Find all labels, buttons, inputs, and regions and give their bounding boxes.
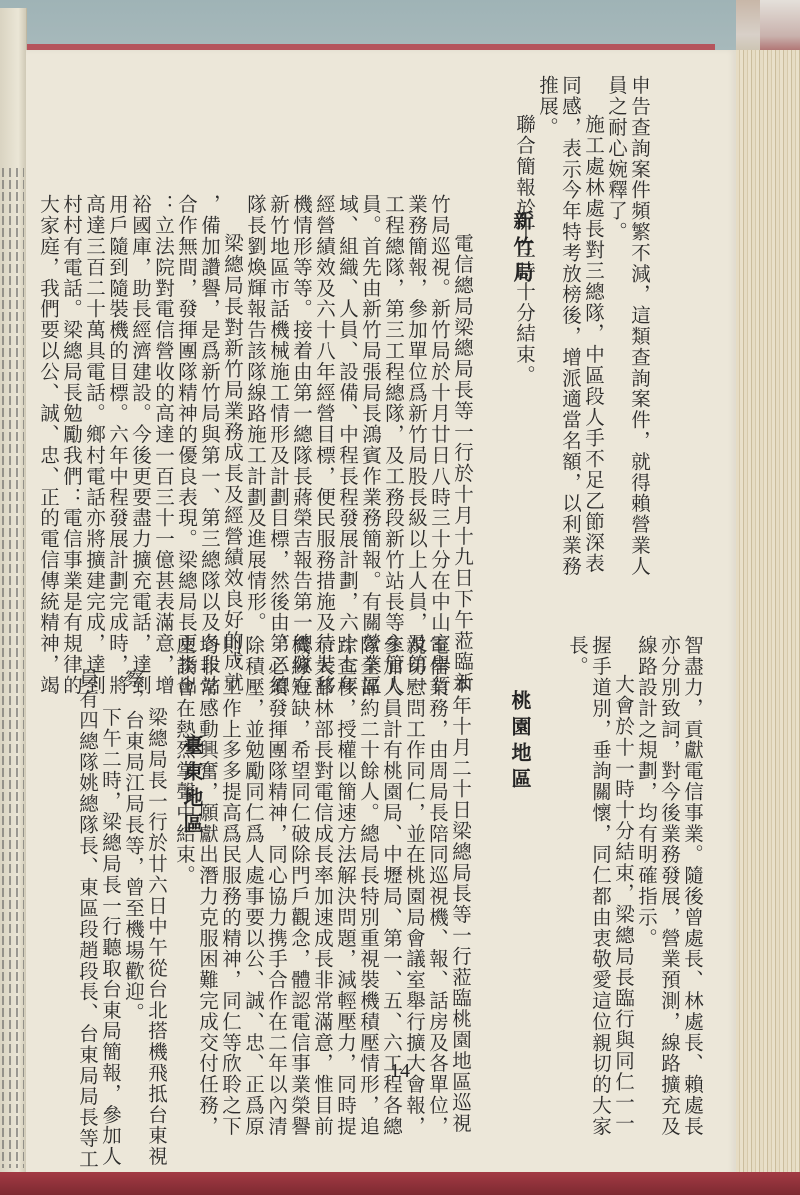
text-line: 亦分別致詞，對今後業務發展，營業預測，線路擴充及 <box>658 635 681 1137</box>
facing-page-edge <box>0 8 27 1178</box>
text-line: 合作無間，發揮團隊精神的優良表現。梁總局長更指出 <box>175 194 198 696</box>
text-line: 下午二時，梁總局長一行聽取台東局簡報，參加人 <box>99 668 122 1170</box>
text-line: 隊長劉煥輝報告該隊線路施工計劃及進展情形。 <box>244 194 267 696</box>
text-line: 梁總局長一行於廿六日中午從台北搭機飛抵台東視 <box>145 668 168 1170</box>
text-line: 除積壓，並勉勵同仁爲人處事要以公、誠、忠、正爲原 <box>242 635 265 1137</box>
taitung-section: 梁總局長一行於廿六日中午從台北搭機飛抵台東視 察，台東局江局長等，曾至機場歡迎。… <box>76 668 168 1170</box>
text-line: 推展。 <box>536 75 559 577</box>
text-line: 新竹地區市話機械施工情形及計劃目標，然後由第三總 <box>267 194 290 696</box>
text-line: 裕國庫，助長經濟建設。今後更要盡力擴充電話，達到 <box>129 194 152 696</box>
facing-page-text <box>2 168 24 1168</box>
text-line: 察，台東局江局長等，曾至機場歡迎。 <box>122 668 145 1170</box>
top-block: 申告查詢案件頻繁不減，這類查詢案件，就得賴營業人 員之耐心婉釋了。 施工處林處長… <box>513 75 651 577</box>
text-line: 大會於十一時十分結束，梁總局長臨行與同仁一一 <box>612 635 635 1137</box>
backdrop <box>0 0 800 50</box>
text-line: 示大部林部長對電信成長率加速成長非常滿意，惟目前 <box>311 635 334 1137</box>
page-stack-edge <box>736 50 800 1175</box>
text-line: 踪查核，授權以簡速方法解決問題，減輕壓力，同時提 <box>334 635 357 1137</box>
text-line: 用戶隨到隨裝機的目標。六年中程發展計劃完成時，將 <box>106 194 129 696</box>
book-cover-bottom <box>0 1172 800 1195</box>
text-line: 握手道別，垂詢關懷，同仁都由衷敬愛這位親切的大家 <box>589 635 612 1137</box>
text-line: 智盡力，貢獻電信事業。隨後曾處長、林處長、賴處長 <box>681 635 704 1137</box>
text-line: 大家庭，我們要以公、誠、忠、正的電信傳統精神，竭 <box>37 194 60 696</box>
text-line: 竹局巡視。新竹局於十月廿日八時三十分在中山室舉行 <box>428 194 451 696</box>
text-line: 同感，表示今年特考放榜後，增派適當名額，以利業務 <box>559 75 582 577</box>
text-line: 本年十月二十日梁總局長等一行蒞臨桃園地區巡視 <box>449 635 472 1137</box>
text-line: 長。 <box>566 635 589 1137</box>
text-line: 電信總局梁總局長等一行於十月十九日下午蒞臨新 <box>451 194 474 696</box>
book-page: 申告查詢案件頻繁不減，這類查詢案件，就得賴營業人 員之耐心婉釋了。 施工處林處長… <box>26 50 736 1175</box>
text-line: 線路設計之規劃，均有明確指示。 <box>635 635 658 1137</box>
page-number: 14 <box>370 1060 430 1083</box>
text-line: 工程總隊，第三工程總隊，及工務段新竹站長等主管人 <box>382 194 405 696</box>
text-line: 座談會在熱烈掌聲中結束。 <box>173 635 196 1137</box>
text-line: 高達三百二十萬具電話。鄉村電話亦將擴建完成，達到 <box>83 194 106 696</box>
hsinchu-section: 電信總局梁總局長等一行於十月十九日下午蒞臨新 竹局巡視。新竹局於十月廿日八時三十… <box>37 194 474 696</box>
text-line: 聯合簡報於十三時十分結束。 <box>513 75 536 577</box>
text-line: 梁總局長對新竹局業務成長及經營績效良好的成就 <box>221 194 244 696</box>
continued-block: 智盡力，貢獻電信事業。隨後曾處長、林處長、賴處長 亦分別致詞，對今後業務發展，營… <box>566 635 704 1137</box>
section-heading-taoyuan: 桃園地區 <box>506 690 535 794</box>
section-heading-taitung: 臺東地區 <box>178 735 207 839</box>
text-line: 機線短缺，希望同仁破除門戶觀念，體認電信事業榮譽 <box>288 635 311 1137</box>
text-line: 員之耐心婉釋了。 <box>605 75 628 577</box>
text-line: 機情形等等。接着由第一總隊長蔣榮吉報告第一總隊在 <box>290 194 313 696</box>
text-line: 則，工作上多多提高爲民服務的精神，同仁等欣聆之下 <box>219 635 242 1137</box>
text-line: ，備加讚譽，是爲新竹局與第一、第三總隊以及各段站 <box>198 194 221 696</box>
text-line: 業務簡報，參加單位爲新竹局股長級以上人員，及第一 <box>405 194 428 696</box>
text-line: ：立法院對電信營收的高達一百三十一億甚表滿意，增 <box>152 194 175 696</box>
text-line: 均非常感動興奮，願獻出潛力克服困難完成交付任務， <box>196 635 219 1137</box>
text-line: 域、組織、人員、設備、中程長程發展計劃，六十七年 <box>336 194 359 696</box>
text-line: 經營績效及六十八年經營目標，便民服務措施及待裝移 <box>313 194 336 696</box>
text-line: 員。首先由新竹局張局長鴻賓作業務簡報。有關營業區 <box>359 194 382 696</box>
text-line: 申告查詢案件頻繁不減，這類查詢案件，就得賴營業人 <box>628 75 651 577</box>
text-line: ，必須發揮團隊精神，同心協力携手合作在二年以內清 <box>265 635 288 1137</box>
section-heading-hsinchu: 新竹局 <box>508 210 537 288</box>
text-line: 村村有電話。梁總局長勉勵我們：電信事業是有規律的 <box>60 194 83 696</box>
text-line: 員有四總隊姚總隊長、東區段趙段長、台東局局長等工 <box>76 668 99 1170</box>
text-line: 施工處林處長對三總隊，中區段人手不足乙節深表 <box>582 75 605 577</box>
